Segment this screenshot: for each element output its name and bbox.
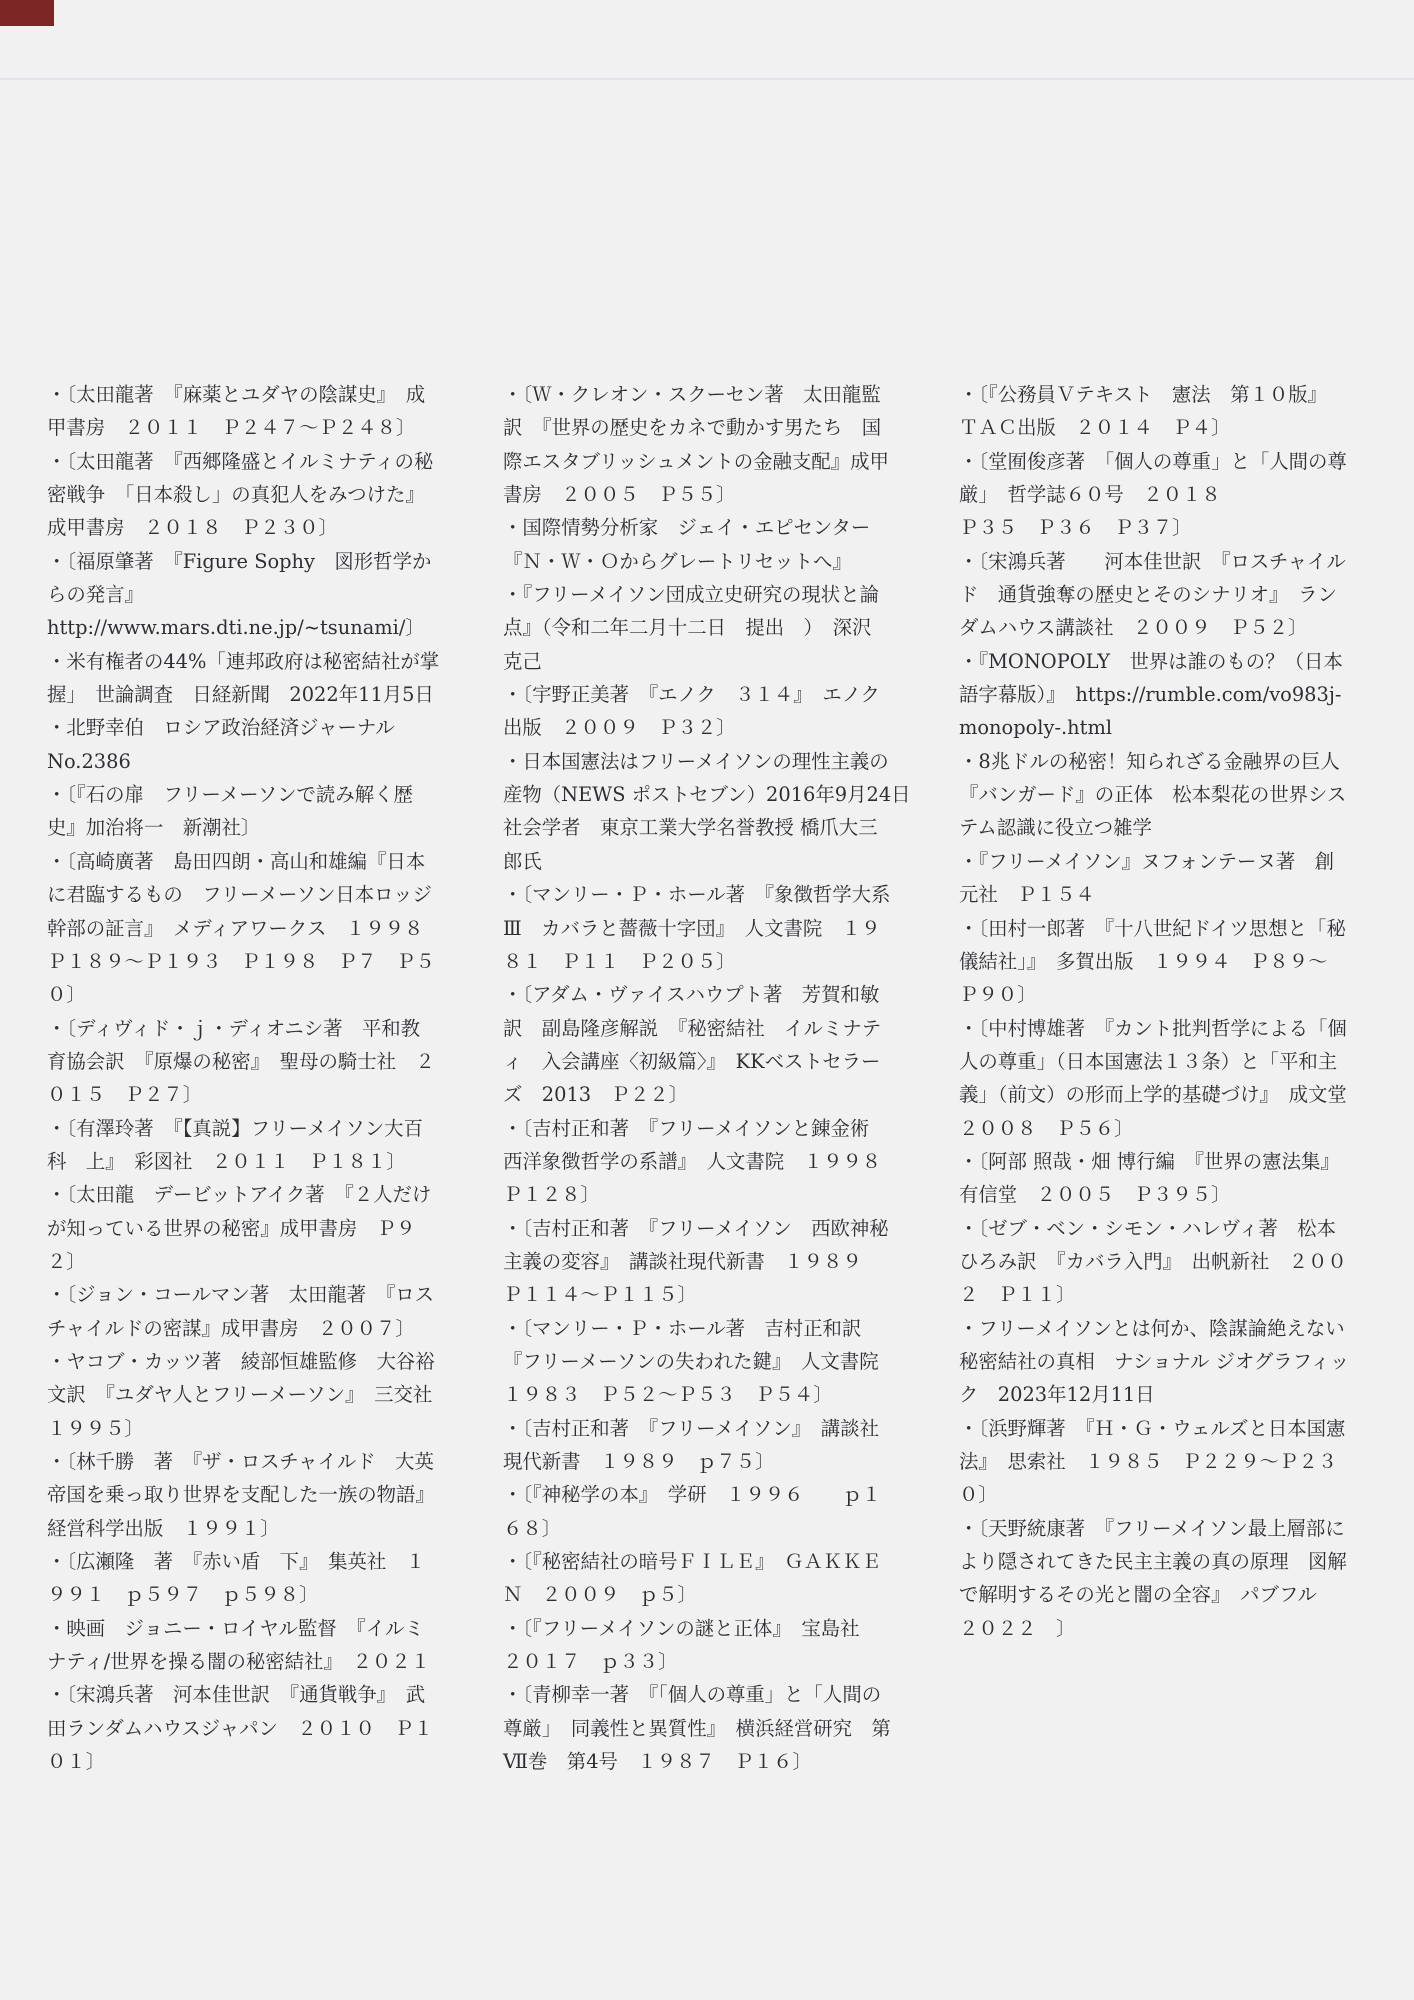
bibliography-line: No.2386 [47, 745, 455, 778]
bibliography-line: １９９５〕 [47, 1412, 455, 1445]
bibliography-line: ・〔Ｗ・クレオン・スクーセン著 太田龍監 [503, 378, 911, 411]
bibliography-line: Ⅶ巻 第4号 １９８７ Ｐ１６〕 [503, 1745, 911, 1778]
bibliography-line: ・北野幸伯 ロシア政治経済ジャーナル [47, 711, 455, 744]
bibliography-line: monopoly-.html [959, 711, 1367, 744]
bibliography-line: 書房 ２００５ Ｐ５５〕 [503, 478, 911, 511]
bibliography-line: 有信堂 ２００５ Ｐ３９５〕 [959, 1178, 1367, 1211]
bibliography-line: ＴＡＣ出版 ２０１４ Ｐ４〕 [959, 411, 1367, 444]
bibliography-line: ２００８ Ｐ５６〕 [959, 1112, 1367, 1145]
bibliography-line: 出版 ２００９ Ｐ３２〕 [503, 711, 911, 744]
bibliography-line: ク 2023年12月11日 [959, 1378, 1367, 1411]
bibliography-line: ・〔『公務員Ｖテキスト 憲法 第１０版』 [959, 378, 1367, 411]
bibliography-line: ６８〕 [503, 1512, 911, 1545]
bibliography-line: ・〔福原肇著 『Figure Sophy 図形哲学か [47, 545, 455, 578]
bibliography-column-1: ・〔太田龍著 『麻薬とユダヤの陰謀史』 成甲書房 ２０１１ Ｐ２４７〜Ｐ２４８〕… [47, 378, 455, 1778]
bibliography-line: ・〔『秘密結社の暗号ＦＩＬＥ』 ＧＡＫＫＥ [503, 1545, 911, 1578]
bibliography-line: ・〔『フリーメイソンの謎と正体』 宝島社 [503, 1612, 911, 1645]
bibliography-line: 人の尊重」（日本国憲法１３条）と「平和主 [959, 1045, 1367, 1078]
bibliography-line: で解明するその光と闇の全容』 パブフル [959, 1578, 1367, 1611]
bibliography-line: ・〔太田龍著 『麻薬とユダヤの陰謀史』 成 [47, 378, 455, 411]
bibliography-line: 社会学者 東京工業大学名誉教授 橋爪大三 [503, 811, 911, 844]
bibliography-line: 『バンガード』の正体 松本梨花の世界シス [959, 778, 1367, 811]
bibliography-line: ・〔有澤玲著 『【真説】フリーメイソン大百 [47, 1112, 455, 1145]
bibliography-line: ・国際情勢分析家 ジェイ・エピセンター [503, 511, 911, 544]
bibliography-line: ２ Ｐ１１〕 [959, 1278, 1367, 1311]
bibliography-line: 尊厳」 同義性と異質性』 横浜経営研究 第 [503, 1712, 911, 1745]
bibliography-line: 西洋象徴哲学の系譜』 人文書院 １９９８ [503, 1145, 911, 1178]
bibliography-line: 元社 Ｐ１５４ [959, 878, 1367, 911]
bibliography-line: 『フリーメーソンの失われた鍵』 人文書院 [503, 1345, 911, 1378]
bibliography-line: ２０１７ ｐ３３〕 [503, 1645, 911, 1678]
bibliography-line: ・〔吉村正和著 『フリーメイソン』 講談社 [503, 1412, 911, 1445]
bibliography-line: ・〔阿部 照哉・畑 博行編 『世界の憲法集』 [959, 1145, 1367, 1178]
bibliography-line: http://www.mars.dti.ne.jp/~tsunami/〕 [47, 611, 455, 644]
bibliography-line: ・〔ディヴィド・ｊ・ディオニシ著 平和教 [47, 1012, 455, 1045]
bibliography-line: 現代新書 １９８９ ｐ７５〕 [503, 1445, 911, 1478]
bibliography-line: ・〔高崎廣著 島田四朗・高山和雄編『日本 [47, 845, 455, 878]
bibliography-line: 密戦争 「日本殺し」の真犯人をみつけた』 [47, 478, 455, 511]
bibliography-line: ・〔太田龍著 『西郷隆盛とイルミナティの秘 [47, 445, 455, 478]
bibliography-line: Ｐ１８９〜Ｐ１９３ Ｐ１９８ Ｐ７ Ｐ５ [47, 945, 455, 978]
bibliography-line: ・〔浜野輝著 『Ｈ・Ｇ・ウェルズと日本国憲 [959, 1412, 1367, 1445]
bibliography-line: ・〔中村博雄著 『カント批判哲学による「個 [959, 1012, 1367, 1045]
bibliography-line: ・〔ゼブ・ベン・シモン・ハレヴィ著 松本 [959, 1212, 1367, 1245]
bibliography-line: 帝国を乗っ取り世界を支配した一族の物語』 [47, 1478, 455, 1511]
bibliography-line: ド 通貨強奪の歴史とそのシナリオ』 ラン [959, 578, 1367, 611]
bibliography-line: ・フリーメイソンとは何か、陰謀論絶えない [959, 1312, 1367, 1345]
bibliography-line: Ｐ９０〕 [959, 978, 1367, 1011]
bibliography-column-2: ・〔Ｗ・クレオン・スクーセン著 太田龍監訳 『世界の歴史をカネで動かす男たち 国… [503, 378, 911, 1778]
bibliography-line: ・〔吉村正和著 『フリーメイソン 西欧神秘 [503, 1212, 911, 1245]
bibliography-line: 育協会訳 『原爆の秘密』 聖母の騎士社 ２ [47, 1045, 455, 1078]
bibliography-line: 義」（前文）の形而上学的基礎づけ』 成文堂 [959, 1078, 1367, 1111]
bibliography-line: ィ 入会講座〈初級篇〉』 KKベストセラー [503, 1045, 911, 1078]
bibliography-line: 文訳 『ユダヤ人とフリーメーソン』 三交社 [47, 1378, 455, 1411]
bibliography-line: 点』（令和二年二月十二日 提出 ） 深沢 [503, 611, 911, 644]
bibliography-line: ・〔宋鴻兵著 河本佳世訳 『ロスチャイル [959, 545, 1367, 578]
bibliography-line: ・〔マンリー・Ｐ・ホール著 『象徴哲学大系 [503, 878, 911, 911]
bibliography-line: 産物（NEWS ポストセブン）2016年9月24日 [503, 778, 911, 811]
bibliography-line: 科 上』 彩図社 ２０１１ Ｐ１８１〕 [47, 1145, 455, 1178]
bibliography-line: ８１ Ｐ１１ Ｐ２０５〕 [503, 945, 911, 978]
bibliography-line: ・日本国憲法はフリーメイソンの理性主義の [503, 745, 911, 778]
bibliography-line: １９８３ Ｐ５２〜Ｐ５３ Ｐ５４〕 [503, 1378, 911, 1411]
bibliography-line: 訳 副島隆彦解説 『秘密結社 イルミナテ [503, 1012, 911, 1045]
bibliography-line: 郎氏 [503, 845, 911, 878]
bibliography-line: ・8兆ドルの秘密！知られざる金融界の巨人 [959, 745, 1367, 778]
bibliography-line: 法』 思索社 １９８５ Ｐ２２９〜Ｐ２３ [959, 1445, 1367, 1478]
bibliography-line: 訳 『世界の歴史をカネで動かす男たち 国 [503, 411, 911, 444]
bibliography-line: Ｎ ２００９ ｐ５〕 [503, 1578, 911, 1611]
bibliography-line: ・〔宇野正美著 『エノク ３１４』 エノク [503, 678, 911, 711]
document-page: ・〔太田龍著 『麻薬とユダヤの陰謀史』 成甲書房 ２０１１ Ｐ２４７〜Ｐ２４８〕… [0, 0, 1414, 2000]
bibliography-line: ・〔『石の扉 フリーメーソンで読み解く歴 [47, 778, 455, 811]
bibliography-line: ・〔吉村正和著 『フリーメイソンと錬金術 [503, 1112, 911, 1145]
corner-accent-block [0, 0, 54, 26]
bibliography-line: ひろみ訳 『カバラ入門』 出帆新社 ２００ [959, 1245, 1367, 1278]
bibliography-line: ２〕 [47, 1245, 455, 1278]
bibliography-line: より隠されてきた民主主義の真の原理 図解 [959, 1545, 1367, 1578]
bibliography-line: ・〔マンリー・Ｐ・ホール著 吉村正和訳 [503, 1312, 911, 1345]
bibliography-line: ・『フリーメイソン団成立史研究の現状と論 [503, 578, 911, 611]
bibliography-line: 幹部の証言』 メディアワークス １９９８ [47, 912, 455, 945]
bibliography-columns: ・〔太田龍著 『麻薬とユダヤの陰謀史』 成甲書房 ２０１１ Ｐ２４７〜Ｐ２４８〕… [47, 378, 1367, 1778]
bibliography-line: ・『MONOPOLY 世界は誰のもの？（日本 [959, 645, 1367, 678]
bibliography-line: 経営科学出版 １９９１〕 [47, 1512, 455, 1545]
bibliography-line: 秘密結社の真相 ナショナル ジオグラフィッ [959, 1345, 1367, 1378]
bibliography-line: 語字幕版）』 https://rumble.com/vo983j- [959, 678, 1367, 711]
bibliography-line: 厳」 哲学誌６０号 ２０１８ [959, 478, 1367, 511]
bibliography-line: ９９１ ｐ５９７ ｐ５９８〕 [47, 1578, 455, 1611]
bibliography-line: ・〔広瀬隆 著 『赤い盾 下』 集英社 １ [47, 1545, 455, 1578]
bibliography-column-3: ・〔『公務員Ｖテキスト 憲法 第１０版』ＴＡＣ出版 ２０１４ Ｐ４〕・〔堂囿俊彦… [959, 378, 1367, 1778]
bibliography-line: ・〔宋鴻兵著 河本佳世訳 『通貨戦争』 武 [47, 1678, 455, 1711]
bibliography-line: テム認識に役立つ雑学 [959, 811, 1367, 844]
bibliography-line: ０１〕 [47, 1745, 455, 1778]
bibliography-line: ・映画 ジョニー・ロイヤル監督 『イルミ [47, 1612, 455, 1645]
bibliography-line: ・米有権者の44%「連邦政府は秘密結社が掌 [47, 645, 455, 678]
bibliography-line: ２０２２ 〕 [959, 1612, 1367, 1645]
bibliography-line: ・『フリーメイソン』ヌフォンテーヌ著 創 [959, 845, 1367, 878]
bibliography-line: ・ヤコブ・カッツ著 綾部恒雄監修 大谷裕 [47, 1345, 455, 1378]
bibliography-line: 主義の変容』 講談社現代新書 １９８９ [503, 1245, 911, 1278]
top-divider [0, 78, 1414, 80]
bibliography-line: ナティ/世界を操る闇の秘密結社』 ２０２１ [47, 1645, 455, 1678]
bibliography-line: ・〔『神秘学の本』 学研 １９９６ ｐ１ [503, 1478, 911, 1511]
bibliography-line: ・〔林千勝 著 『ザ・ロスチャイルド 大英 [47, 1445, 455, 1478]
bibliography-line: 握」 世論調査 日経新聞 2022年11月5日 [47, 678, 455, 711]
bibliography-line: Ⅲ カバラと薔薇十字団』 人文書院 １９ [503, 912, 911, 945]
bibliography-line: ズ 2013 Ｐ２２〕 [503, 1078, 911, 1111]
bibliography-line: ダムハウス講談社 ２００９ Ｐ５２〕 [959, 611, 1367, 644]
bibliography-line: ０〕 [959, 1478, 1367, 1511]
bibliography-line: ・〔田村一郎著 『十八世紀ドイツ思想と「秘 [959, 912, 1367, 945]
bibliography-line: ・〔青柳幸一著 『「個人の尊重」と「人間の [503, 1678, 911, 1711]
bibliography-line: 史』加治将一 新潮社〕 [47, 811, 455, 844]
bibliography-line: ０〕 [47, 978, 455, 1011]
bibliography-line: 甲書房 ２０１１ Ｐ２４７〜Ｐ２４８〕 [47, 411, 455, 444]
bibliography-line: 『Ｎ・Ｗ・Ｏからグレートリセットへ』 [503, 545, 911, 578]
bibliography-line: 際エスタブリッシュメントの金融支配』成甲 [503, 445, 911, 478]
bibliography-line: Ｐ１１４〜Ｐ１１５〕 [503, 1278, 911, 1311]
bibliography-line: ・〔天野統康著 『フリーメイソン最上層部に [959, 1512, 1367, 1545]
bibliography-line: Ｐ１２８〕 [503, 1178, 911, 1211]
bibliography-line: ・〔ジョン・コールマン著 太田龍著 『ロス [47, 1278, 455, 1311]
bibliography-line: チャイルドの密謀』成甲書房 ２００７〕 [47, 1312, 455, 1345]
bibliography-line: 田ランダムハウスジャパン ２０１０ Ｐ１ [47, 1712, 455, 1745]
bibliography-line: 成甲書房 ２０１８ Ｐ２３０〕 [47, 511, 455, 544]
bibliography-line: 儀結社」』 多賀出版 １９９４ Ｐ８９〜 [959, 945, 1367, 978]
bibliography-line: Ｐ３５ Ｐ３６ Ｐ３７〕 [959, 511, 1367, 544]
bibliography-line: ０１５ Ｐ２７〕 [47, 1078, 455, 1111]
bibliography-line: らの発言』 [47, 578, 455, 611]
bibliography-line: ・〔太田龍 デービットアイク著 『２人だけ [47, 1178, 455, 1211]
bibliography-line: 克己 [503, 645, 911, 678]
bibliography-line: ・〔アダム・ヴァイスハウプト著 芳賀和敏 [503, 978, 911, 1011]
bibliography-line: が知っている世界の秘密』成甲書房 Ｐ９ [47, 1212, 455, 1245]
bibliography-line: に君臨するもの フリーメーソン日本ロッジ [47, 878, 455, 911]
bibliography-line: ・〔堂囿俊彦著 「個人の尊重」と「人間の尊 [959, 445, 1367, 478]
